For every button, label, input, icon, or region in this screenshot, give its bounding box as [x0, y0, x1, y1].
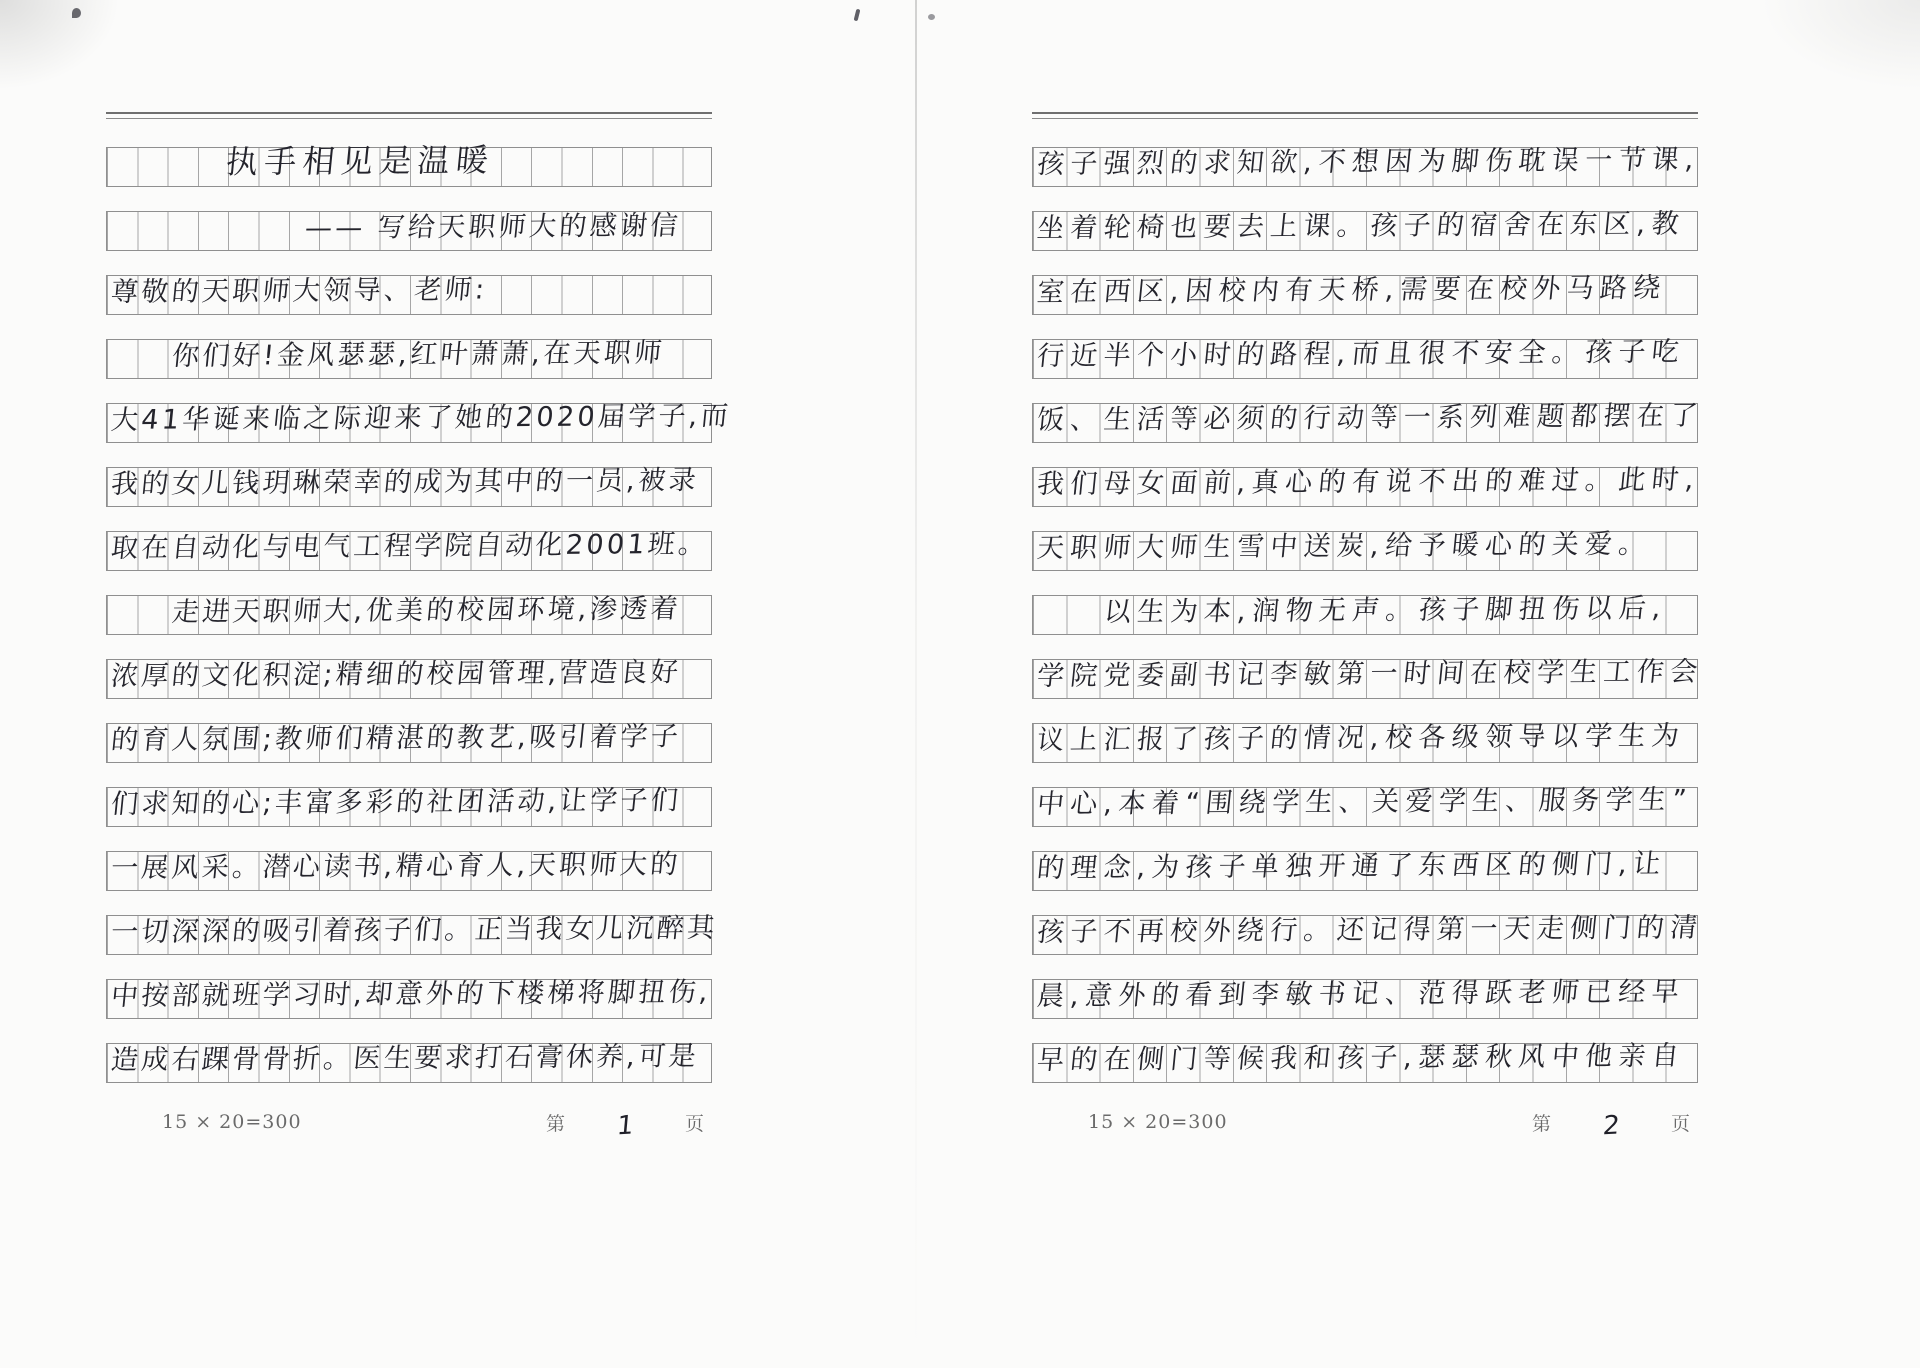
text-line: 执手相见是温暖: [106, 147, 712, 187]
handwritten-text: 中心,本着“围绕学生、关爱学生、服务学生”: [1035, 778, 1695, 827]
text-line: 我们母女面前,真心的有说不出的难过。此时,: [1032, 467, 1698, 507]
page-footer: 15 × 20=300 第 1 页: [106, 1107, 712, 1141]
manuscript-grid: 孩子强烈的求知欲,不想因为脚伤耽误一节课, 坐着轮椅也要去上课。孩子的宿舍在东区…: [1032, 147, 1698, 1083]
text-line: 取在自动化与电气工程学院自动化2001班。: [106, 531, 712, 571]
grid-count-label: 15 × 20=300: [1088, 1111, 1228, 1133]
grid-count-label: 15 × 20=300: [162, 1111, 302, 1133]
text-line: 大41华诞来临之际迎来了她的2020届学子,而: [106, 403, 712, 443]
letter-title: 执手相见是温暖: [224, 138, 497, 184]
text-line: —— 写给天职师大的感谢信: [106, 211, 712, 251]
text-line: 早的在侧门等候我和孩子,瑟瑟秋风中他亲自: [1032, 1043, 1698, 1083]
text-line: 晨,意外的看到李敏书记、范得跃老师已经早: [1032, 979, 1698, 1019]
text-line: 的育人氛围;教师们精湛的教艺,吸引着学子: [106, 723, 712, 763]
header-rule: [106, 112, 712, 119]
text-line: 学院党委副书记李敏第一时间在校学生工作会: [1032, 659, 1698, 699]
handwritten-text: 们求知的心;丰富多彩的社团活动,让学子们: [109, 779, 683, 827]
manuscript-grid: 执手相见是温暖 —— 写给天职师大的感谢信 尊敬的天职师大领导、老师: 你们好!…: [106, 147, 712, 1083]
handwritten-text: 早的在侧门等候我和孩子,瑟瑟秋风中他亲自: [1035, 1034, 1687, 1083]
handwritten-text: 取在自动化与电气工程学院自动化2001班。: [109, 523, 711, 571]
page-1: 执手相见是温暖 —— 写给天职师大的感谢信 尊敬的天职师大领导、老师: 你们好!…: [106, 112, 712, 1141]
text-line: 议上汇报了孩子的情况,校各级领导以学生为: [1032, 723, 1698, 763]
text-line: 坐着轮椅也要去上课。孩子的宿舍在东区,教: [1032, 211, 1698, 251]
text-line: 饭、生活等必须的行动等一系列难题都摆在了: [1032, 403, 1698, 443]
handwritten-text: 学院党委副书记李敏第一时间在校学生工作会: [1035, 650, 1706, 699]
text-line: 一切深深的吸引着孩子们。正当我女儿沉醉其: [106, 915, 712, 955]
text-line: 中按部就班学习时,却意外的下楼梯将脚扭伤,: [106, 979, 712, 1019]
handwritten-text: 的育人氛围;教师们精湛的教艺,吸引着学子: [109, 715, 683, 763]
text-line: 浓厚的文化积淀;精细的校园管理,营造良好: [106, 659, 712, 699]
text-line: 孩子不再校外绕行。还记得第一天走侧门的清: [1032, 915, 1698, 955]
handwritten-text: 的理念,为孩子单独开通了东西区的侧门,让: [1035, 843, 1669, 891]
text-line: 行近半个小时的路程,而且很不安全。孩子吃: [1032, 339, 1698, 379]
page-prefix: 第: [546, 1109, 565, 1136]
text-line: 室在西区,因校内有天桥,需要在校外马路绕: [1032, 275, 1698, 315]
handwritten-text: 中按部就班学习时,却意外的下楼梯将脚扭伤,: [109, 971, 713, 1019]
handwritten-text: 议上汇报了孩子的情况,校各级领导以学生为: [1035, 714, 1687, 763]
text-line: 造成右踝骨骨折。医生要求打石膏休养,可是: [106, 1043, 712, 1083]
text-line: 孩子强烈的求知欲,不想因为脚伤耽误一节课,: [1032, 147, 1698, 187]
scan-artifact: [854, 9, 861, 22]
page-prefix: 第: [1532, 1109, 1551, 1136]
page-suffix: 页: [685, 1109, 704, 1136]
handwritten-text: 晨,意外的看到李敏书记、范得跃老师已经早: [1035, 970, 1687, 1019]
handwritten-text: 行近半个小时的路程,而且很不安全。孩子吃: [1035, 330, 1687, 379]
page-2: 孩子强烈的求知欲,不想因为脚伤耽误一节课, 坐着轮椅也要去上课。孩子的宿舍在东区…: [1032, 112, 1698, 1141]
text-line: 们求知的心;丰富多彩的社团活动,让学子们: [106, 787, 712, 827]
handwritten-text: 走进天职师大,优美的校园环境,渗透着: [169, 587, 682, 635]
scan-artifact: [928, 14, 935, 20]
text-line: 中心,本着“围绕学生、关爱学生、服务学生”: [1032, 787, 1698, 827]
letter-subtitle: —— 写给天职师大的感谢信: [303, 204, 683, 251]
handwritten-text: 一展风采。潜心读书,精心育人,天职师大的: [109, 843, 683, 891]
page-number-group: 第 1 页: [546, 1109, 704, 1139]
handwritten-text: 造成右踝骨骨折。医生要求打石膏休养,可是: [109, 1035, 701, 1083]
handwritten-text: 室在西区,因校内有天桥,需要在校外马路绕: [1035, 267, 1669, 315]
page-number: 1: [615, 1111, 634, 1142]
header-rule: [1032, 112, 1698, 119]
text-line: 的理念,为孩子单独开通了东西区的侧门,让: [1032, 851, 1698, 891]
handwritten-text: 我的女儿钱玥琳荣幸的成为其中的一员,被录: [109, 459, 701, 507]
text-line: 尊敬的天职师大领导、老师:: [106, 275, 712, 315]
text-line: 我的女儿钱玥琳荣幸的成为其中的一员,被录: [106, 467, 712, 507]
page-number-group: 第 2 页: [1532, 1109, 1690, 1139]
text-line: 天职师大师生雪中送炭,给予暖心的关爱。: [1032, 531, 1698, 571]
scanned-letter: 执手相见是温暖 —— 写给天职师大的感谢信 尊敬的天职师大领导、老师: 你们好!…: [0, 0, 1920, 1368]
handwritten-text: 天职师大师生雪中送炭,给予暖心的关爱。: [1035, 523, 1654, 571]
handwritten-text: 我们母女面前,真心的有说不出的难过。此时,: [1035, 458, 1702, 507]
handwritten-text: 浓厚的文化积淀;精细的校园管理,营造良好: [109, 651, 683, 699]
text-line: 你们好!金风瑟瑟,红叶萧萧,在天职师: [106, 339, 712, 379]
text-line: 走进天职师大,优美的校园环境,渗透着: [106, 595, 712, 635]
handwritten-text: 大41华诞来临之际迎来了她的2020届学子,而: [109, 395, 733, 443]
text-line: 以生为本,润物无声。孩子脚扭伤以后,: [1032, 595, 1698, 635]
salutation: 尊敬的天职师大领导、老师:: [109, 268, 490, 315]
scan-shadow-top-right: [1760, 0, 1920, 90]
handwritten-text: 孩子不再校外绕行。还记得第一天走侧门的清: [1035, 906, 1706, 955]
handwritten-text: 坐着轮椅也要去上课。孩子的宿舍在东区,教: [1035, 202, 1687, 251]
scan-artifact: [72, 8, 81, 18]
handwritten-text: 以生为本,润物无声。孩子脚扭伤以后,: [1101, 587, 1668, 635]
handwritten-text: 饭、生活等必须的行动等一系列难题都摆在了: [1035, 394, 1706, 443]
handwritten-text: 一切深深的吸引着孩子们。正当我女儿沉醉其: [109, 907, 720, 955]
handwritten-text: 你们好!金风瑟瑟,红叶萧萧,在天职师: [169, 332, 666, 379]
page-fold-line: [915, 0, 917, 1368]
page-number: 2: [1601, 1111, 1620, 1142]
page-suffix: 页: [1671, 1109, 1690, 1136]
page-footer: 15 × 20=300 第 2 页: [1032, 1107, 1698, 1141]
scan-shadow-top-left: [0, 0, 120, 90]
handwritten-text: 孩子强烈的求知欲,不想因为脚伤耽误一节课,: [1035, 138, 1702, 187]
text-line: 一展风采。潜心读书,精心育人,天职师大的: [106, 851, 712, 891]
